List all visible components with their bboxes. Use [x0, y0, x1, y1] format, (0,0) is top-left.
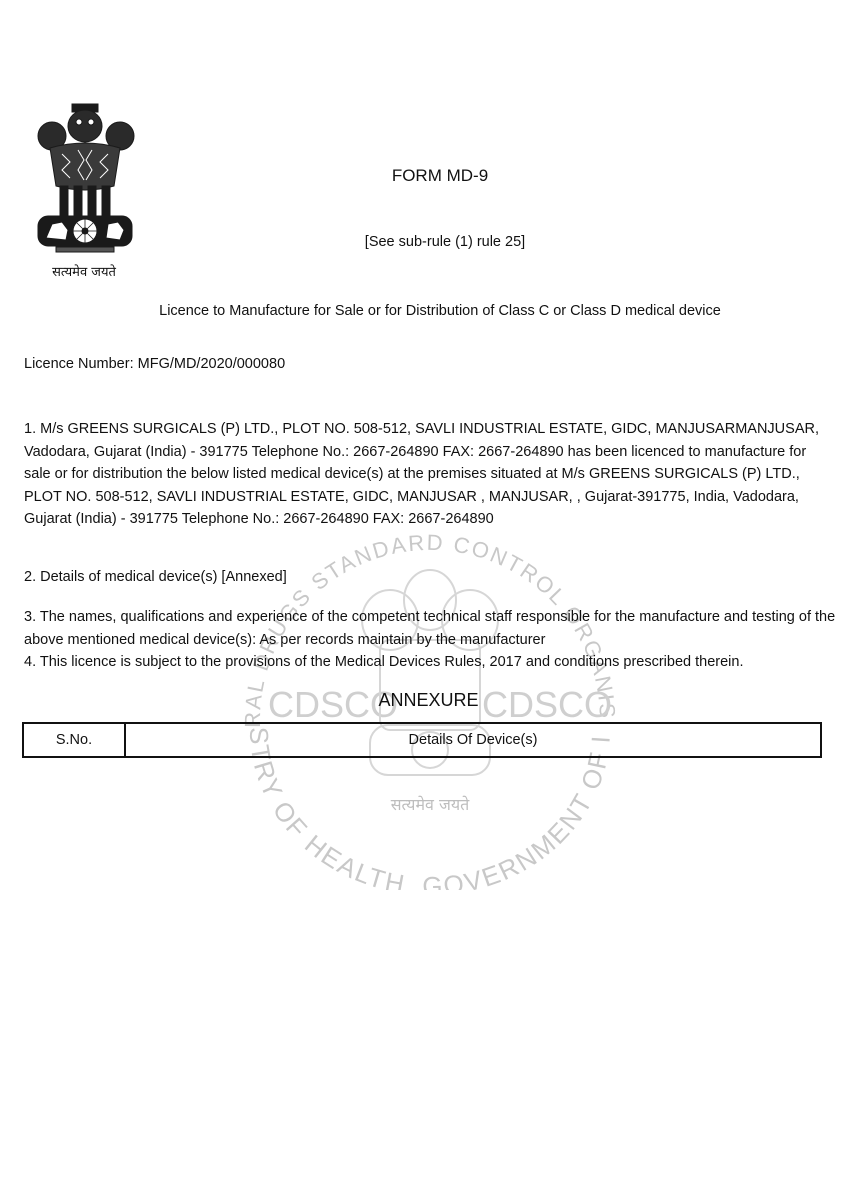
emblem-motto: सत्यमेव जयते: [22, 262, 146, 280]
paragraph-licence-conditions: 4. This licence is subject to the provis…: [24, 651, 836, 674]
licence-heading: Licence to Manufacture for Sale or for D…: [60, 303, 820, 319]
table-header-row: S.No. Details Of Device(s): [23, 723, 821, 757]
national-emblem: [22, 98, 146, 280]
watermark-motto: सत्यमेव जयते: [391, 795, 470, 814]
national-emblem-icon: [22, 98, 146, 256]
paragraph-technical-staff: 3. The names, qualifications and experie…: [24, 606, 836, 651]
licence-number: Licence Number: MFG/MD/2020/000080: [24, 356, 285, 372]
device-table: S.No. Details Of Device(s): [22, 722, 822, 758]
subrule-reference: [See sub-rule (1) rule 25]: [300, 234, 590, 250]
column-header-sno: S.No.: [23, 723, 125, 757]
column-header-device-details: Details Of Device(s): [125, 723, 821, 757]
paragraph-device-details: 2. Details of medical device(s) [Annexed…: [24, 566, 836, 589]
paragraph-licensee-details: 1. M/s GREENS SURGICALS (P) LTD., PLOT N…: [24, 418, 836, 531]
form-title: FORM MD-9: [300, 166, 580, 186]
annexure-title: ANNEXURE: [300, 690, 557, 711]
